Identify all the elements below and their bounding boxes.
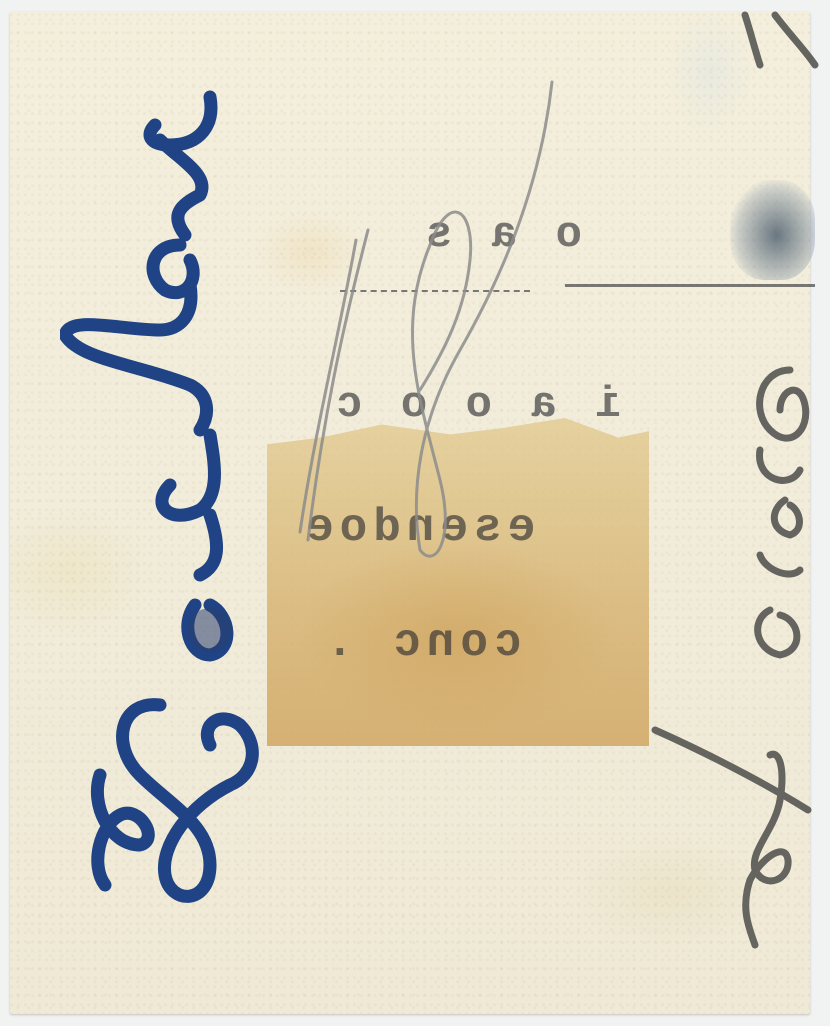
typed-line-4: conc . xyxy=(320,617,522,669)
ink-smudge xyxy=(730,180,815,280)
typed-solid-rule xyxy=(565,284,815,287)
pencil-mark-18 xyxy=(270,70,570,590)
